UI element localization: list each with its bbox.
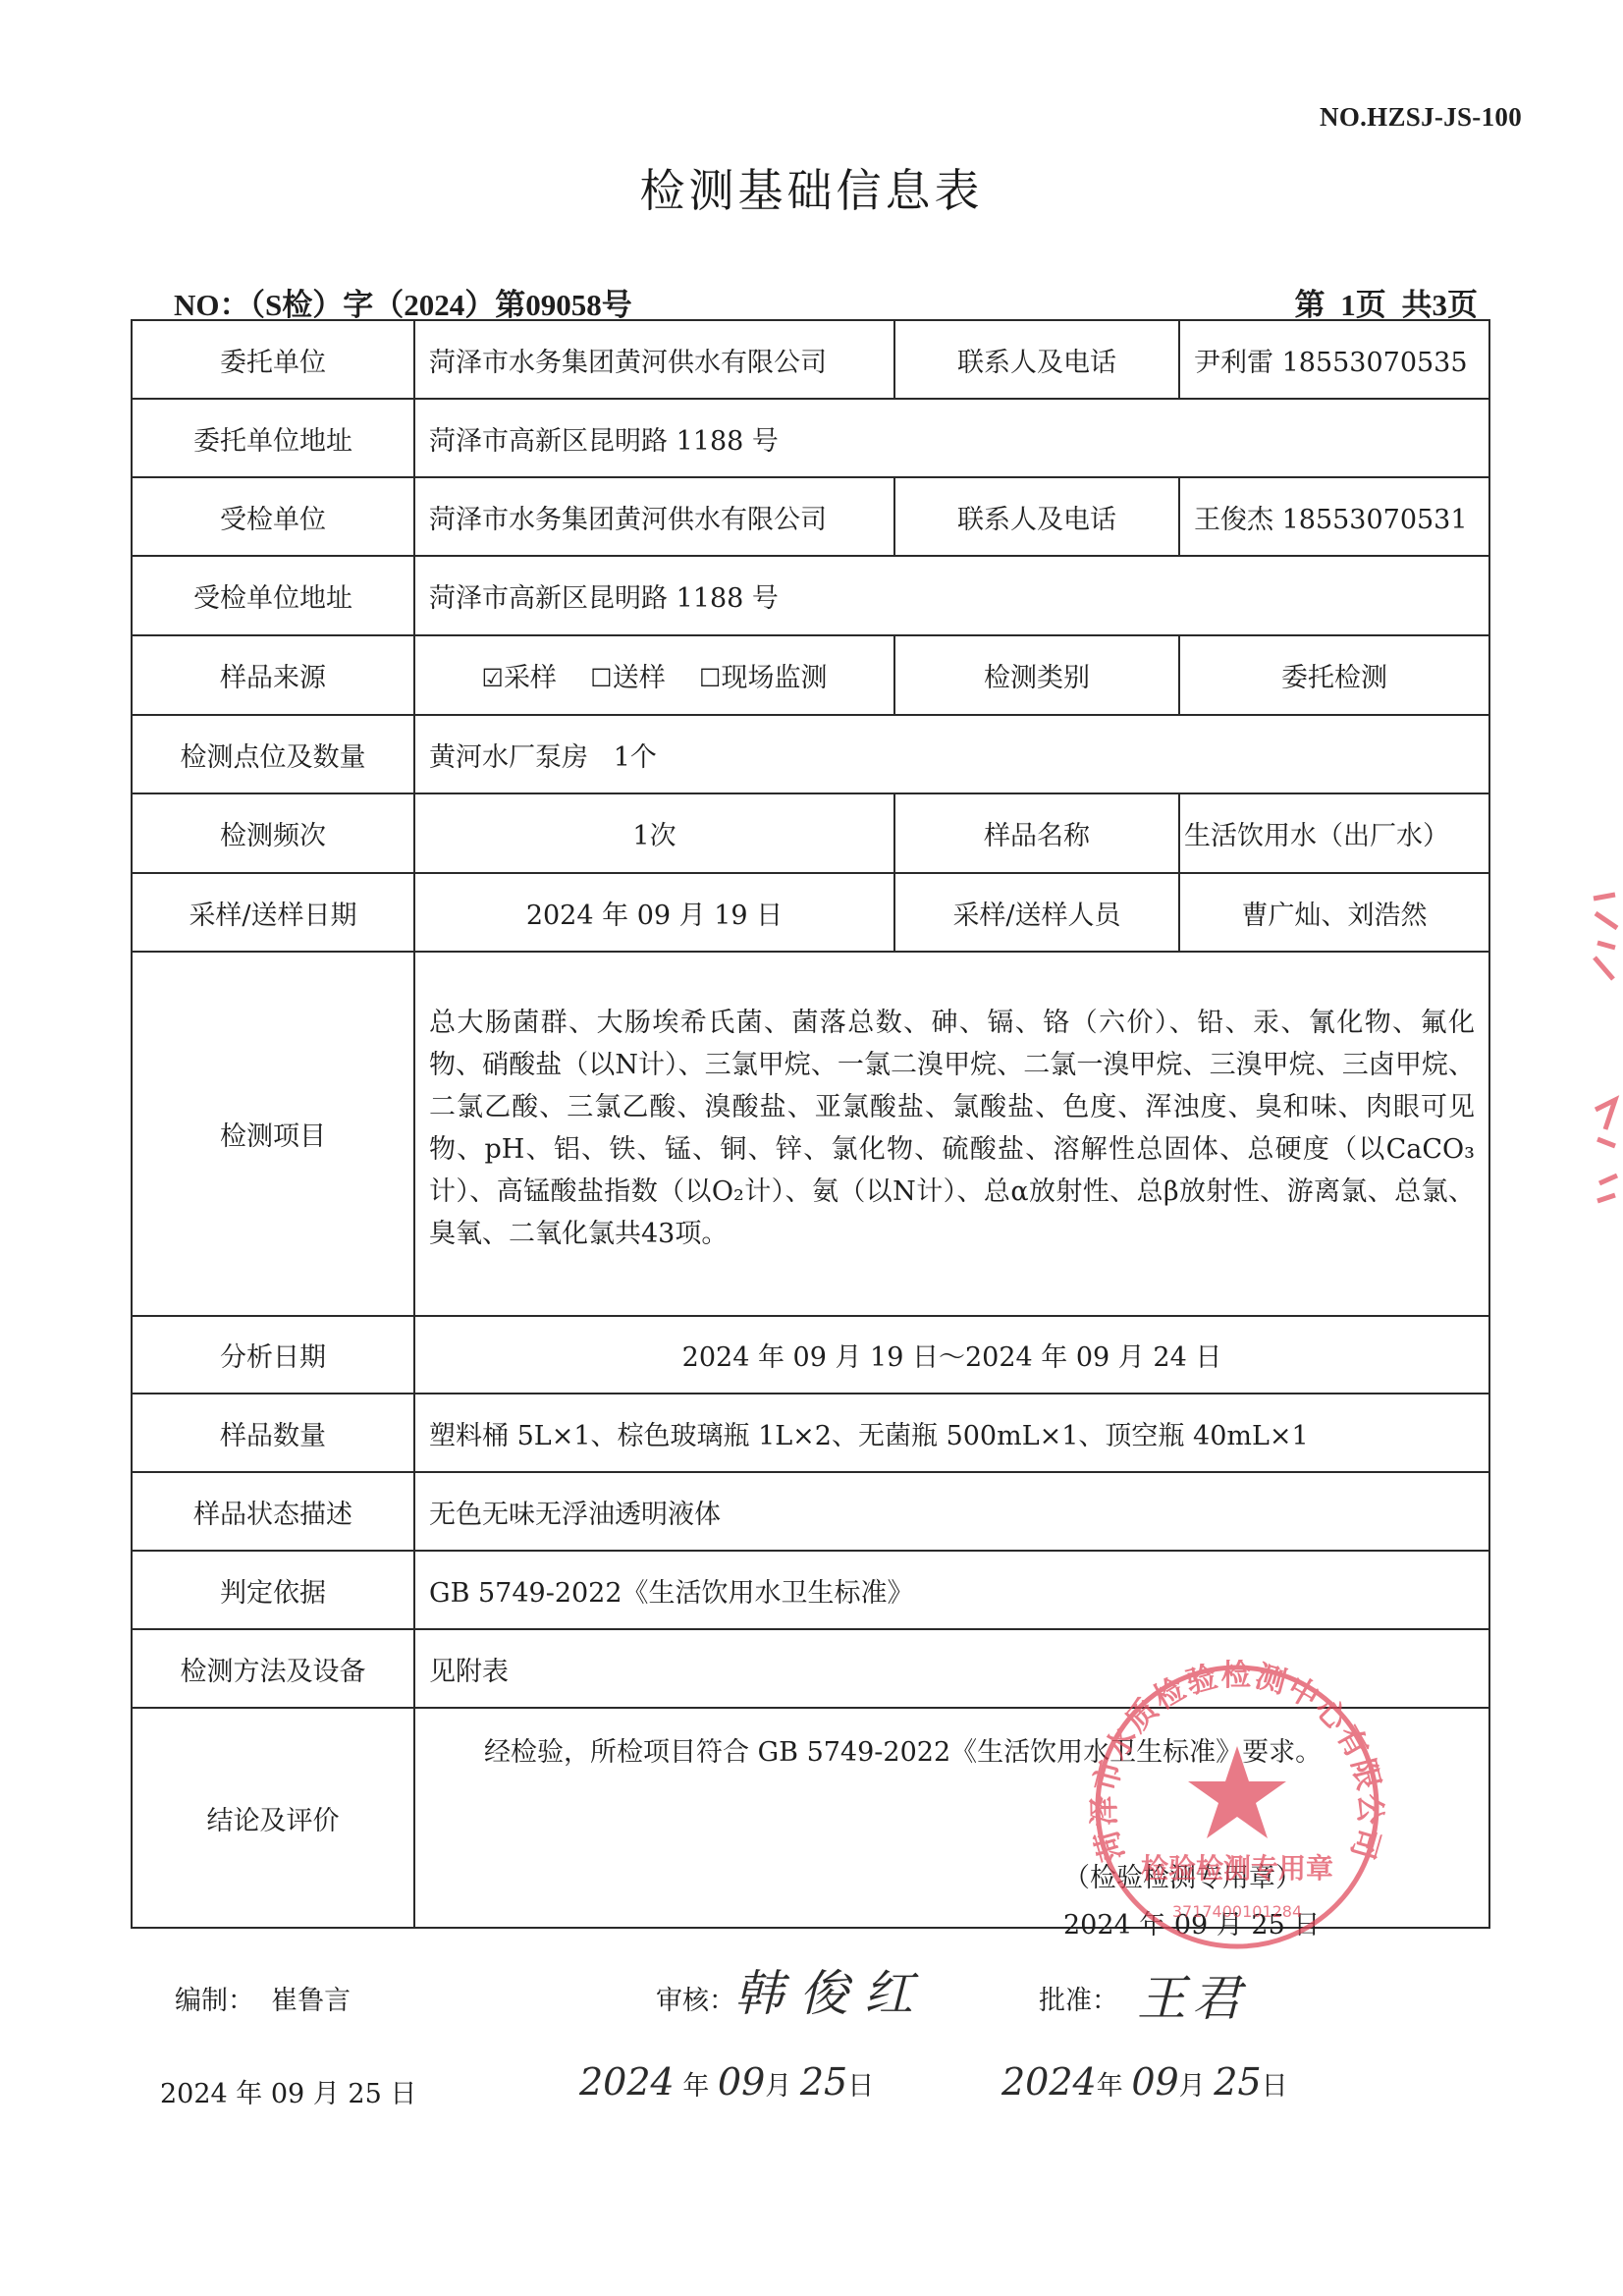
sampling-date-value: 2024 年 09 月 19 日 — [414, 873, 894, 952]
sampler-label: 采样/送样人员 — [894, 873, 1179, 952]
page-info: 第 1页 共3页 — [1295, 280, 1479, 324]
analysis-date-value: 2024 年 09 月 19 日～2024 年 09 月 24 日 — [414, 1316, 1489, 1394]
frequency-label: 检测频次 — [132, 793, 414, 873]
row-inspected-address: 受检单位地址 菏泽市高新区昆明路 1188 号 — [132, 556, 1489, 635]
inspected-label: 受检单位 — [132, 477, 414, 556]
cross-page-seal-fragment — [1586, 889, 1623, 1213]
compiled-date: 2024 年 09 月 25 日 — [160, 2072, 416, 2110]
row-client-address: 委托单位地址 菏泽市高新区昆明路 1188 号 — [132, 399, 1489, 477]
seal-label: （检验检测专用章） — [1063, 1856, 1302, 1894]
points-label: 检测点位及数量 — [132, 715, 414, 793]
row-sample-source: 样品来源 ☑采样 ☐送样 ☐现场监测 检测类别 委托检测 — [132, 635, 1489, 715]
checkbox-delivered[interactable]: ☐送样 — [590, 663, 665, 693]
category-label: 检测类别 — [894, 635, 1179, 715]
approved-signature: 王君 — [1137, 1959, 1247, 2030]
compiled-label: 编制： — [175, 1986, 254, 2016]
compiled-name: 崔鲁言 — [271, 1986, 351, 2016]
sample-quantity-value: 塑料桶 5L×1、棕色玻璃瓶 1L×2、无菌瓶 500mL×1、顶空瓶 40mL… — [414, 1394, 1489, 1472]
row-points: 检测点位及数量 黄河水厂泵房 1个 — [132, 715, 1489, 793]
serial-number: NO：（S检）字（2024）第09058号 — [174, 280, 632, 324]
row-conclusion: 结论及评价 经检验，所检项目符合 GB 5749-2022《生活饮用水卫生标准》… — [132, 1708, 1489, 1928]
row-sample-state: 样品状态描述 无色无味无浮油透明液体 — [132, 1472, 1489, 1551]
items-value: 总大肠菌群、大肠埃希氏菌、菌落总数、砷、镉、铬（六价）、铅、汞、氰化物、氟化物、… — [414, 952, 1489, 1316]
doc-code: NO.HZSJ-JS-100 — [1320, 102, 1522, 133]
sample-source-label: 样品来源 — [132, 635, 414, 715]
approved-date: 2024年 09月 25日 — [1001, 2060, 1288, 2104]
inspected-contact-label: 联系人及电话 — [894, 477, 1179, 556]
page-title: 检测基础信息表 — [0, 155, 1623, 220]
compiled-by: 编制： 崔鲁言 — [175, 1979, 351, 2017]
checkbox-sampling[interactable]: ☑采样 — [482, 663, 557, 693]
method-label: 检测方法及设备 — [132, 1629, 414, 1708]
sample-quantity-label: 样品数量 — [132, 1394, 414, 1472]
conclusion-text: 经检验，所检项目符合 GB 5749-2022《生活饮用水卫生标准》要求。 — [484, 1730, 1322, 1769]
row-client: 委托单位 菏泽市水务集团黄河供水有限公司 联系人及电话 尹利雷 18553070… — [132, 320, 1489, 399]
inspected-address-label: 受检单位地址 — [132, 556, 414, 635]
reviewed-date: 2024 年 09月 25日 — [579, 2060, 874, 2104]
reviewed-signature: 韩俊红 — [734, 1954, 929, 2025]
row-basis: 判定依据 GB 5749-2022《生活饮用水卫生标准》 — [132, 1551, 1489, 1629]
points-value: 黄河水厂泵房 1个 — [414, 715, 1489, 793]
row-inspected: 受检单位 菏泽市水务集团黄河供水有限公司 联系人及电话 王俊杰 18553070… — [132, 477, 1489, 556]
client-contact-label: 联系人及电话 — [894, 320, 1179, 399]
conclusion-cell: 经检验，所检项目符合 GB 5749-2022《生活饮用水卫生标准》要求。 （检… — [414, 1708, 1489, 1928]
approved-label: 批准： — [1039, 1979, 1118, 2017]
sampler-value: 曹广灿、刘浩然 — [1179, 873, 1489, 952]
client-address-label: 委托单位地址 — [132, 399, 414, 477]
client-contact-value: 尹利雷 18553070535 — [1179, 320, 1489, 399]
checked-box-icon: ☑ — [482, 664, 504, 692]
client-address-value: 菏泽市高新区昆明路 1188 号 — [414, 399, 1489, 477]
items-label: 检测项目 — [132, 952, 414, 1316]
sampling-date-label: 采样/送样日期 — [132, 873, 414, 952]
analysis-date-label: 分析日期 — [132, 1316, 414, 1394]
sample-name-value: 生活饮用水（出厂水） — [1179, 793, 1489, 873]
frequency-value: 1次 — [414, 793, 894, 873]
row-method: 检测方法及设备 见附表 — [132, 1629, 1489, 1708]
reviewed-label: 审核： — [656, 1979, 735, 2017]
row-frequency: 检测频次 1次 样品名称 生活饮用水（出厂水） — [132, 793, 1489, 873]
sample-state-value: 无色无味无浮油透明液体 — [414, 1472, 1489, 1551]
inspected-value: 菏泽市水务集团黄河供水有限公司 — [414, 477, 894, 556]
method-value: 见附表 — [414, 1629, 1489, 1708]
info-table: 委托单位 菏泽市水务集团黄河供水有限公司 联系人及电话 尹利雷 18553070… — [131, 319, 1490, 1929]
conclusion-label: 结论及评价 — [132, 1708, 414, 1928]
row-sample-quantity: 样品数量 塑料桶 5L×1、棕色玻璃瓶 1L×2、无菌瓶 500mL×1、顶空瓶… — [132, 1394, 1489, 1472]
sample-name-label: 样品名称 — [894, 793, 1179, 873]
sample-source-options: ☑采样 ☐送样 ☐现场监测 — [414, 635, 894, 715]
category-value: 委托检测 — [1179, 635, 1489, 715]
client-label: 委托单位 — [132, 320, 414, 399]
client-value: 菏泽市水务集团黄河供水有限公司 — [414, 320, 894, 399]
conclusion-date: 2024 年 09 月 25 日 — [1063, 1903, 1320, 1941]
row-analysis-date: 分析日期 2024 年 09 月 19 日～2024 年 09 月 24 日 — [132, 1316, 1489, 1394]
row-sampling-date: 采样/送样日期 2024 年 09 月 19 日 采样/送样人员 曹广灿、刘浩然 — [132, 873, 1489, 952]
row-items: 检测项目 总大肠菌群、大肠埃希氏菌、菌落总数、砷、镉、铬（六价）、铅、汞、氰化物… — [132, 952, 1489, 1316]
basis-label: 判定依据 — [132, 1551, 414, 1629]
unchecked-box-icon: ☐ — [590, 664, 612, 692]
inspected-contact-value: 王俊杰 18553070531 — [1179, 477, 1489, 556]
checkbox-onsite[interactable]: ☐现场监测 — [699, 663, 827, 693]
unchecked-box-icon: ☐ — [699, 664, 721, 692]
basis-value: GB 5749-2022《生活饮用水卫生标准》 — [414, 1551, 1489, 1629]
sample-state-label: 样品状态描述 — [132, 1472, 414, 1551]
inspected-address-value: 菏泽市高新区昆明路 1188 号 — [414, 556, 1489, 635]
